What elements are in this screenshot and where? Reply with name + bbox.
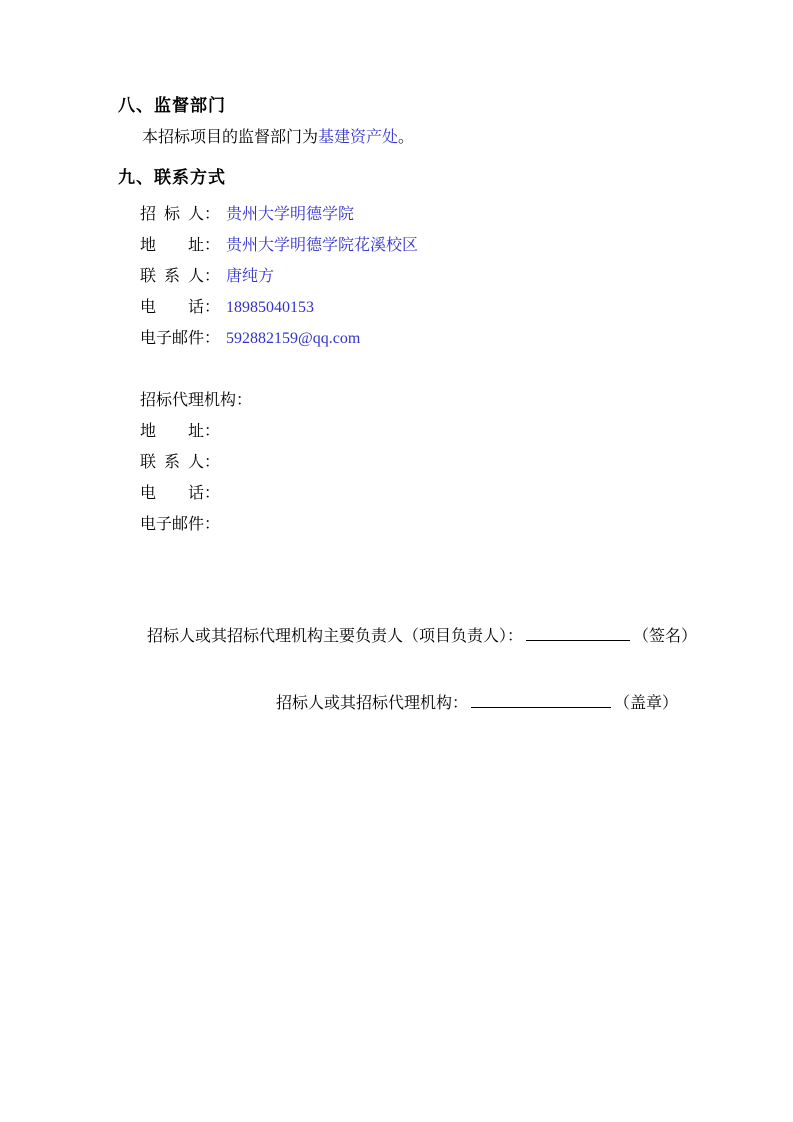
responsible-person-label: 招标人或其招标代理机构主要负责人（项目负责人）： xyxy=(147,628,523,645)
agent-name-label: 招标代理机构 xyxy=(140,392,236,409)
agent-phone-row: 电话： xyxy=(140,485,733,502)
agent-email-row: 电子邮件： xyxy=(140,516,733,533)
sentence-period: 。 xyxy=(398,129,414,146)
responsible-person-signature-line: 招标人或其招标代理机构主要负责人（项目负责人）：（签名） xyxy=(118,625,678,646)
agent-phone-label: 电话 xyxy=(140,485,204,502)
agent-email-label: 电子邮件 xyxy=(140,516,204,533)
tenderer-address-value: 贵州大学明德学院花溪校区 xyxy=(226,237,418,254)
section-8-body: 本招标项目的监督部门为基建资产处。 xyxy=(142,129,733,146)
colon: ： xyxy=(204,454,220,471)
agent-contact-person-row: 联系人： xyxy=(140,454,733,471)
tenderer-name-label: 招标人 xyxy=(140,206,204,223)
signature-blank-line xyxy=(526,625,630,641)
seal-blank-line xyxy=(471,692,611,708)
agent-contact-block: 招标代理机构： 地址： 联系人： 电话： 电子邮件： xyxy=(140,392,733,533)
colon: ： xyxy=(204,206,220,223)
colon: ： xyxy=(236,392,252,409)
tenderer-email-label: 电子邮件 xyxy=(140,330,204,347)
tenderer-contact-person-value: 唐纯方 xyxy=(226,268,274,285)
colon: ： xyxy=(204,485,220,502)
agent-address-label: 地址 xyxy=(140,423,204,440)
colon: ： xyxy=(204,237,220,254)
colon: ： xyxy=(204,516,220,533)
supervision-text: 本招标项目的监督部门为 xyxy=(142,129,318,146)
seal-caption: （盖章） xyxy=(614,695,678,712)
signature-caption: （签名） xyxy=(633,628,697,645)
tenderer-contact-person-row: 联系人：唐纯方 xyxy=(140,268,733,285)
agent-address-row: 地址： xyxy=(140,423,733,440)
section-8-heading: 八、监督部门 xyxy=(118,97,733,115)
tenderer-email-value: 592882159@qq.com xyxy=(226,330,360,347)
section-9-heading: 九、联系方式 xyxy=(118,169,733,187)
tenderer-phone-value: 18985040153 xyxy=(226,299,314,316)
tenderer-phone-label: 电话 xyxy=(140,299,204,316)
tenderer-contact-block: 招标人：贵州大学明德学院 地址：贵州大学明德学院花溪校区 联系人：唐纯方 电话：… xyxy=(140,206,733,347)
tenderer-phone-row: 电话：18985040153 xyxy=(140,299,733,316)
organization-label: 招标人或其招标代理机构： xyxy=(276,695,468,712)
tenderer-email-row: 电子邮件：592882159@qq.com xyxy=(140,330,733,347)
colon: ： xyxy=(204,299,220,316)
tenderer-address-row: 地址：贵州大学明德学院花溪校区 xyxy=(140,237,733,254)
agent-contact-person-label: 联系人 xyxy=(140,454,204,471)
tenderer-contact-person-label: 联系人 xyxy=(140,268,204,285)
colon: ： xyxy=(204,423,220,440)
supervision-department-value: 基建资产处 xyxy=(318,129,398,146)
colon: ： xyxy=(204,330,220,347)
tenderer-name-value: 贵州大学明德学院 xyxy=(226,206,354,223)
agent-name-row: 招标代理机构： xyxy=(140,392,733,409)
colon: ： xyxy=(204,268,220,285)
document-page: 八、监督部门 本招标项目的监督部门为基建资产处。 九、联系方式 招标人：贵州大学… xyxy=(0,0,793,1122)
signature-block: 招标人或其招标代理机构主要负责人（项目负责人）：（签名） 招标人或其招标代理机构… xyxy=(118,625,678,713)
tenderer-name-row: 招标人：贵州大学明德学院 xyxy=(140,206,733,223)
organization-seal-line: 招标人或其招标代理机构：（盖章） xyxy=(118,692,678,713)
tenderer-address-label: 地址 xyxy=(140,237,204,254)
